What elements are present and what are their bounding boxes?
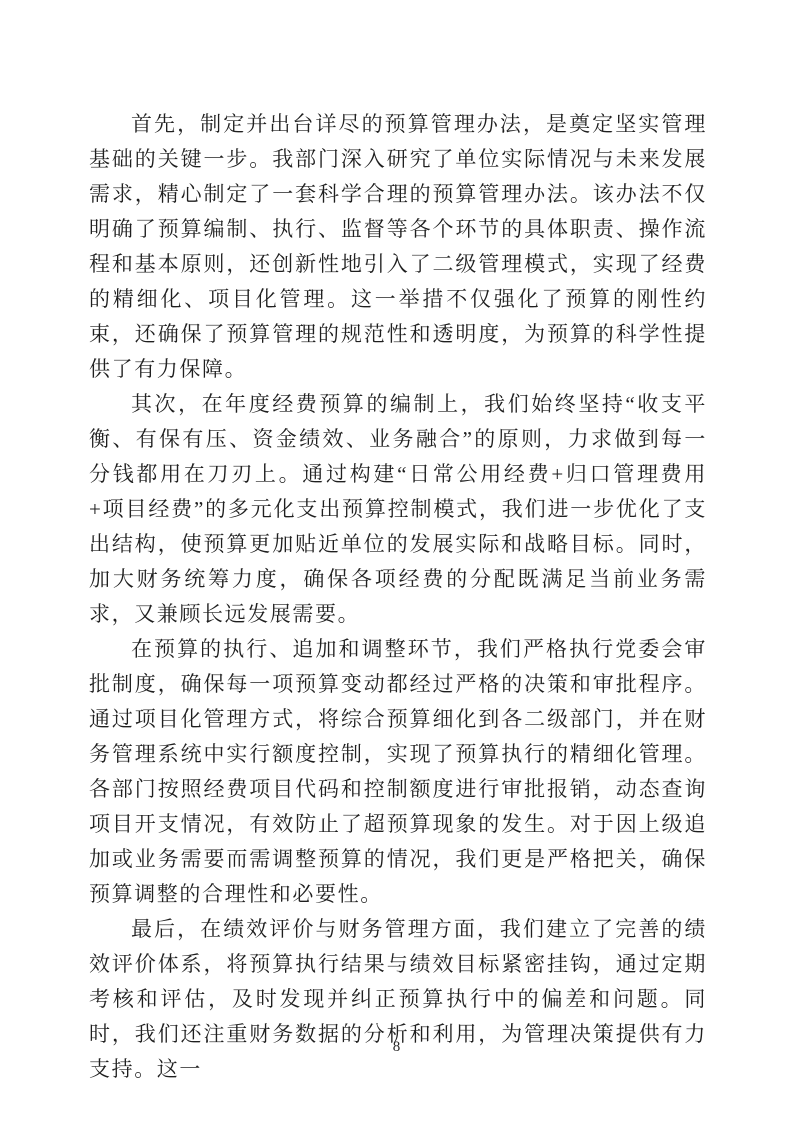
page-number: 8	[0, 1038, 793, 1056]
document-page: 首先，制定并出台详尽的预算管理办法，是奠定坚实管理基础的关键一步。我部门深入研究…	[0, 0, 793, 1122]
paragraph-budget-measures: 首先，制定并出台详尽的预算管理办法，是奠定坚实管理基础的关键一步。我部门深入研究…	[89, 107, 707, 387]
paragraph-annual-budget-compilation: 其次，在年度经费预算的编制上，我们始终坚持“收支平衡、有保有压、资金绩效、业务融…	[89, 387, 707, 632]
paragraph-budget-execution-adjustment: 在预算的执行、追加和调整环节，我们严格执行党委会审批制度，确保每一项预算变动都经…	[89, 632, 707, 912]
paragraph-performance-evaluation: 最后，在绩效评价与财务管理方面，我们建立了完善的绩效评价体系，将预算执行结果与绩…	[89, 912, 707, 1087]
page-body-text: 首先，制定并出台详尽的预算管理办法，是奠定坚实管理基础的关键一步。我部门深入研究…	[89, 107, 707, 1087]
